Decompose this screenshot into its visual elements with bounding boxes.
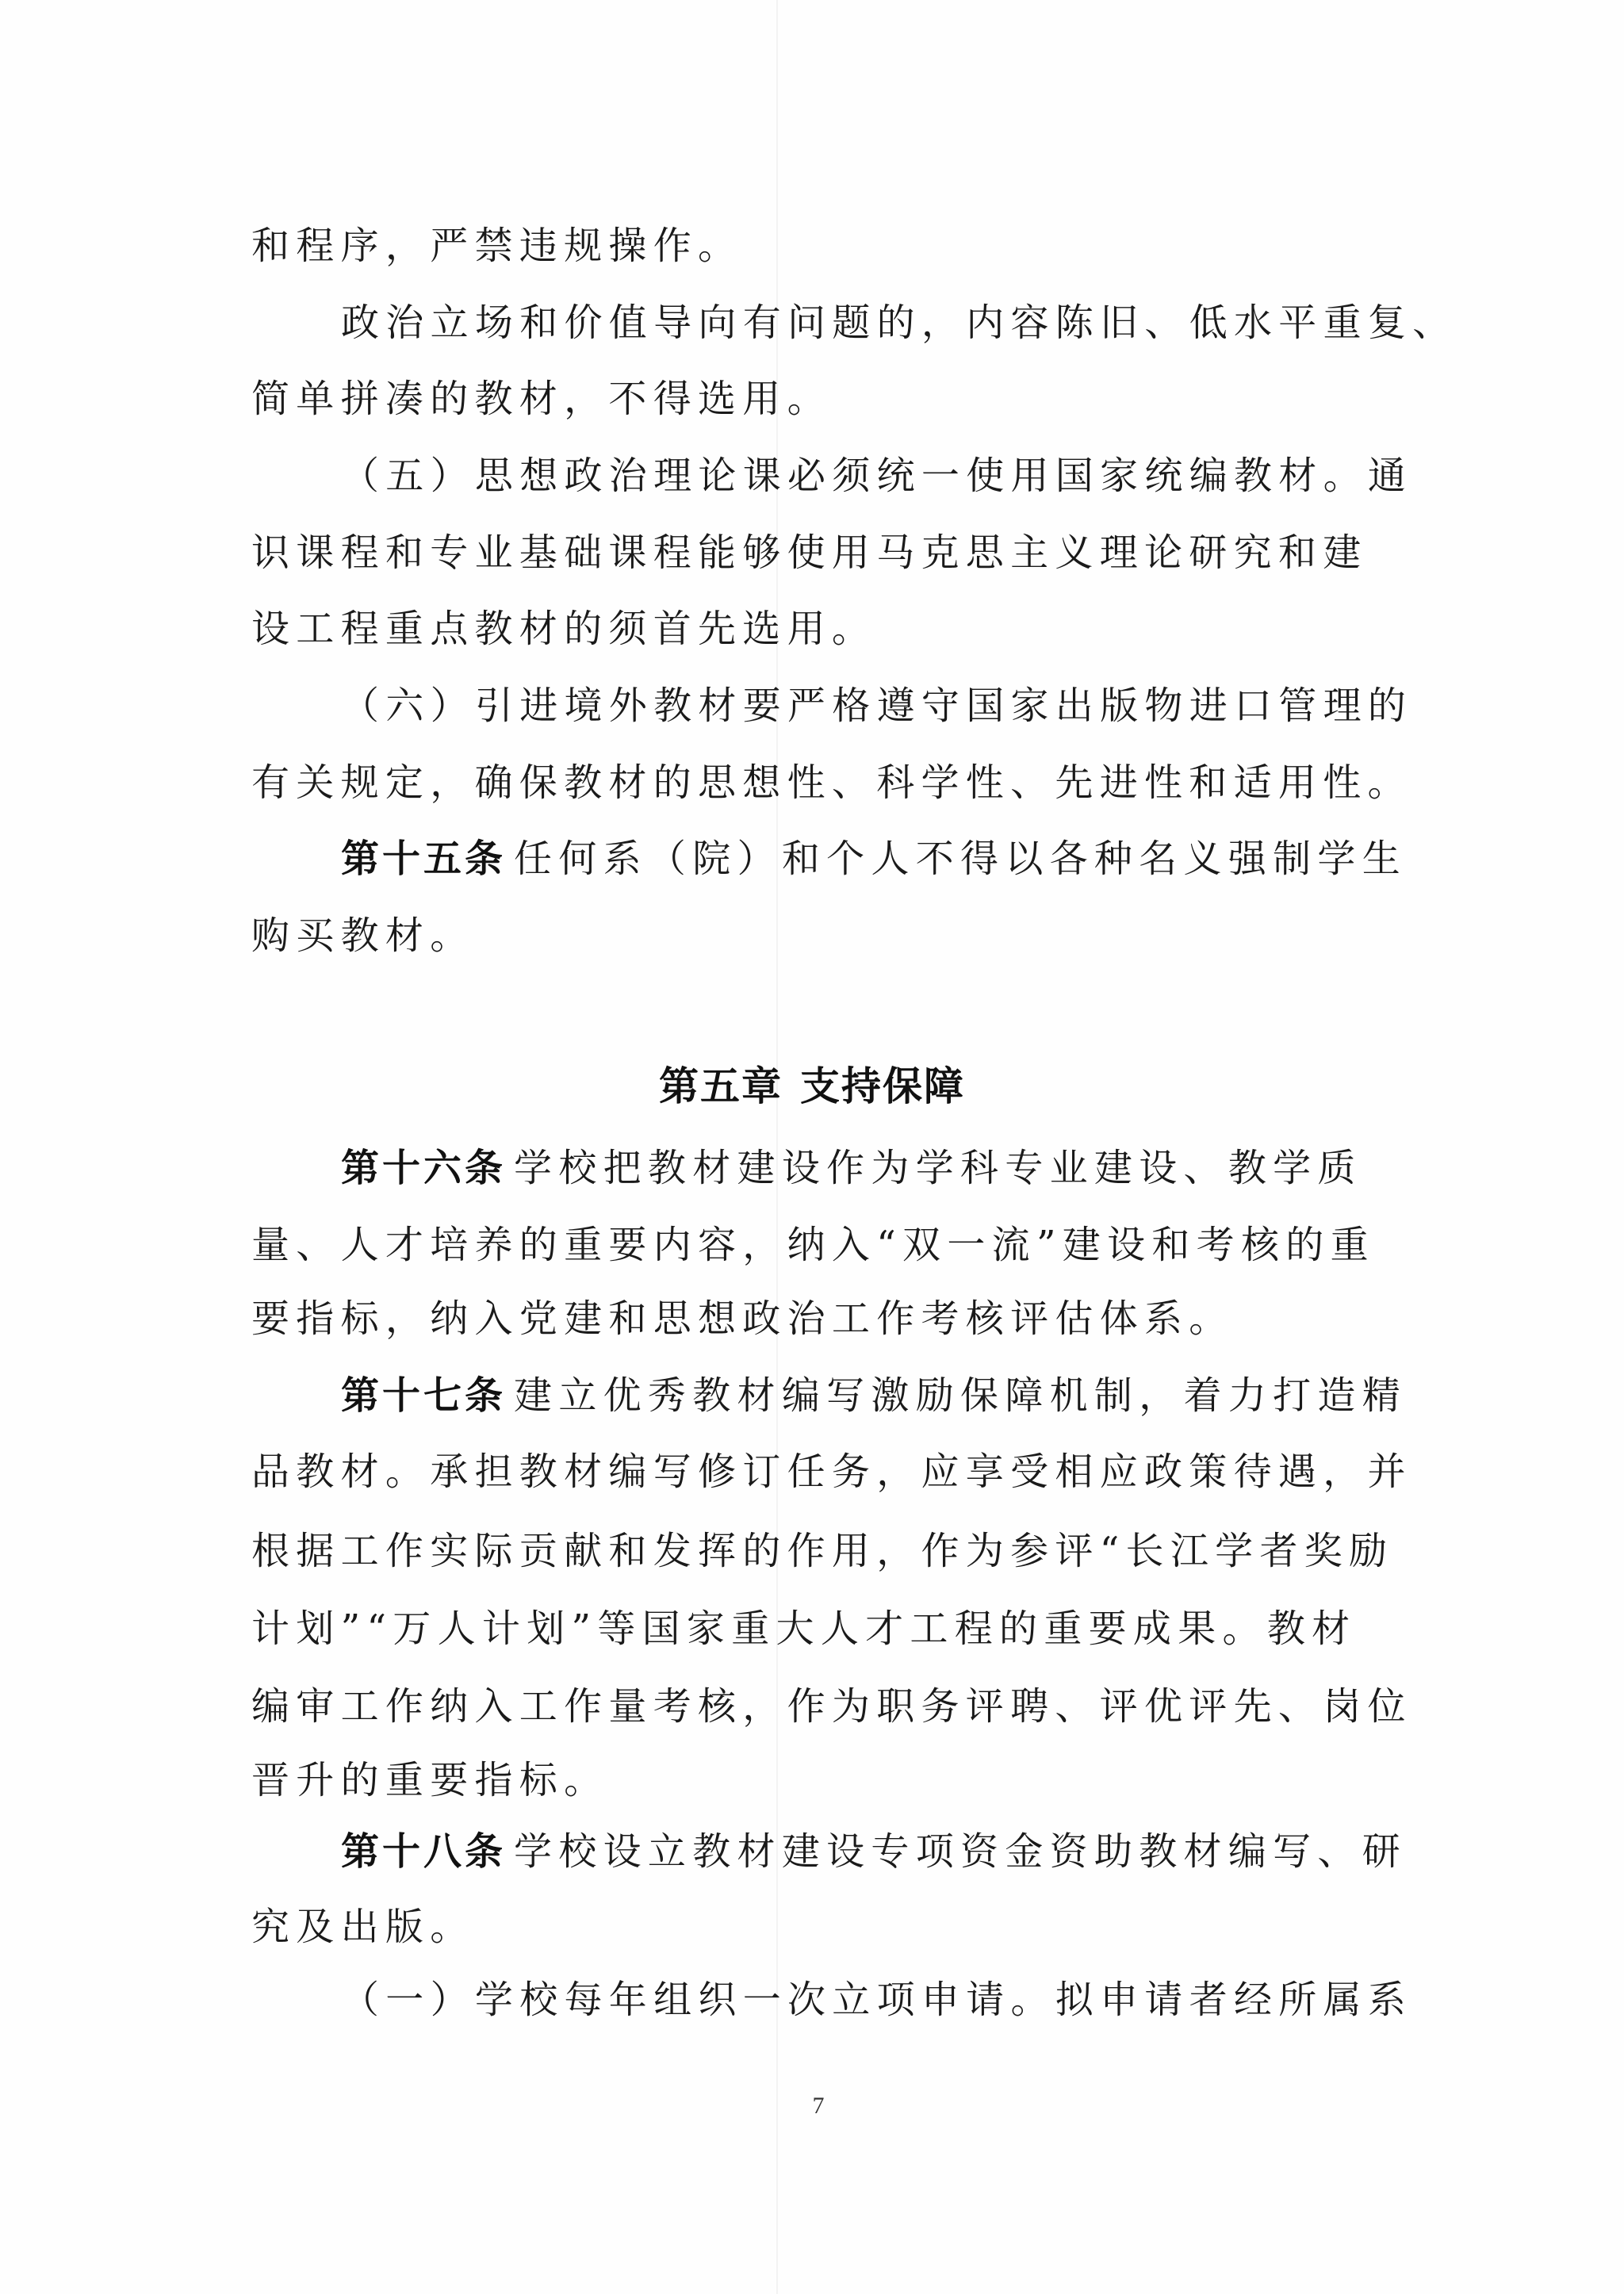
text-line: 和程序，严禁违规操作。	[251, 222, 1377, 270]
text-line: 简单拼凑的教材，不得选用。	[251, 375, 1377, 423]
text-line: 要指标，纳入党建和思想政治工作考核评估体系。	[251, 1295, 1377, 1342]
article-text: 学校把教材建设作为学科专业建设、教学质	[514, 1146, 1362, 1190]
text-line: 计划”“万人计划”等国家重大人才工程的重要成果。教材	[251, 1605, 1377, 1653]
chapter-number: 第五章	[659, 1063, 783, 1109]
page-number: 7	[802, 2090, 834, 2122]
text-line: 量、人才培养的重要内容，纳入“双一流”建设和考核的重	[251, 1221, 1377, 1269]
article-16: 第十六条学校把教材建设作为学科专业建设、教学质	[341, 1144, 1380, 1192]
text-line: （五）思想政治理论课必须统一使用国家统编教材。通	[341, 452, 1380, 500]
document-page: 和程序，严禁违规操作。 政治立场和价值导向有问题的，内容陈旧、低水平重复、 简单…	[0, 0, 1624, 2294]
text-line: 晋升的重要指标。	[251, 1756, 1377, 1804]
article-number: 第十八条	[341, 1829, 506, 1874]
article-text: 学校设立教材建设专项资金资助教材编写、研	[514, 1829, 1407, 1874]
text-line: 购买教材。	[251, 912, 1377, 959]
text-line: 设工程重点教材的须首先选用。	[251, 605, 1377, 653]
article-text: 建立优秀教材编写激励保障机制，着力打造精	[514, 1373, 1407, 1418]
article-number: 第十七条	[341, 1373, 506, 1418]
article-number: 第十五条	[341, 837, 506, 881]
text-line: （一）学校每年组织一次立项申请。拟申请者经所属系	[341, 1976, 1380, 2024]
text-line: 有关规定，确保教材的思想性、科学性、先进性和适用性。	[251, 759, 1377, 806]
text-line: （六）引进境外教材要严格遵守国家出版物进口管理的	[341, 682, 1380, 730]
article-number: 第十六条	[341, 1146, 506, 1190]
chapter-title: 支持保障	[800, 1063, 965, 1109]
text-line: 品教材。承担教材编写修订任务，应享受相应政策待遇，并	[251, 1448, 1377, 1496]
article-17: 第十七条建立优秀教材编写激励保障机制，着力打造精	[341, 1372, 1380, 1419]
text-line: 究及出版。	[251, 1903, 1377, 1951]
text-line: 识课程和专业基础课程能够使用马克思主义理论研究和建	[251, 529, 1377, 576]
article-18: 第十八条学校设立教材建设专项资金资助教材编写、研	[341, 1828, 1380, 1875]
article-text: 任何系（院）和个人不得以各种名义强制学生	[514, 837, 1407, 881]
chapter-heading: 第五章支持保障	[0, 1063, 1624, 1110]
text-line: 根据工作实际贡献和发挥的作用，作为参评“长江学者奖励	[251, 1527, 1377, 1575]
text-line: 政治立场和价值导向有问题的，内容陈旧、低水平重复、	[341, 299, 1380, 347]
text-line: 编审工作纳入工作量考核，作为职务评聘、评优评先、岗位	[251, 1683, 1377, 1730]
article-15: 第十五条任何系（院）和个人不得以各种名义强制学生	[341, 835, 1380, 883]
